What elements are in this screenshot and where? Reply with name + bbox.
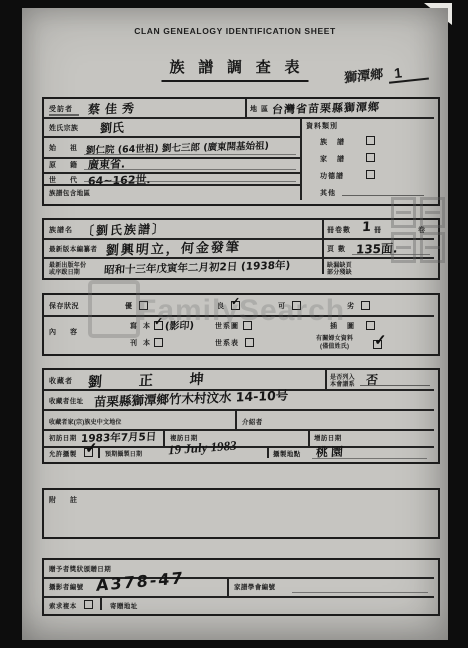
divider	[245, 99, 247, 117]
checkbox-illustrations	[366, 321, 375, 330]
clan-value: 劉氏	[99, 119, 124, 137]
content-label: 內 容	[49, 327, 83, 337]
defect-label-line2: 部分殘缺	[327, 267, 352, 276]
listed-label-line2: 本會譜系	[330, 379, 355, 388]
checkbox-merit-genealogy	[366, 170, 375, 179]
genealogy-name-value: 〔劉氏族譜〕	[81, 220, 166, 239]
writing-rule	[352, 254, 430, 255]
pages-label: 頁 數	[327, 244, 346, 254]
editor-label: 最新版本編纂者	[49, 244, 97, 253]
women-data-label-line2: (僅值姓氏)	[320, 341, 349, 350]
checkbox-lineage-table	[245, 338, 254, 347]
checkbox-excellent	[139, 301, 148, 310]
checkmark: ✓	[374, 331, 387, 349]
owner-role-label: 收藏者家(宗)族史中文地位	[49, 417, 122, 426]
divider	[235, 409, 237, 429]
divider	[44, 157, 300, 159]
condition-poor-label: 劣	[347, 301, 355, 311]
region-label: 地 區	[250, 104, 269, 114]
volume-unit-juan: 卷	[418, 225, 426, 235]
interviewee-value: 蔡佳秀	[87, 99, 139, 117]
additional-visit-label: 增訪日期	[314, 433, 342, 442]
award-date-label: 贈予者獎狀頒贈日期	[49, 564, 111, 573]
checkmark: ✓	[154, 315, 163, 328]
checkbox-copy-request	[84, 600, 93, 609]
handwritten-annotation: 獅潭鄉 1	[343, 59, 428, 87]
editor-value: 劉興明立，何金發筆	[105, 236, 241, 259]
origin-label: 原 籍	[49, 160, 83, 170]
checkbox-family-genealogy	[366, 153, 375, 162]
checkmark: ✓	[85, 439, 98, 457]
photographer-number-label: 攝影者編號	[49, 582, 84, 591]
divider	[44, 596, 434, 598]
divider	[44, 446, 434, 448]
option-merit-genealogy-label: 功德譜	[320, 171, 344, 181]
volume-unit-ce: 冊	[374, 225, 382, 235]
volume-count-label: 冊卷數	[327, 225, 351, 235]
divider	[44, 172, 300, 174]
divider	[300, 117, 302, 200]
writing-rule	[360, 385, 430, 386]
filming-location-label: 攝製地點	[273, 449, 301, 458]
divider	[163, 429, 165, 446]
microtext-smudge	[49, 114, 79, 116]
checkbox-printed	[154, 338, 163, 347]
annotation-page-number: 1	[387, 62, 428, 84]
manuscript-note: (影印)	[165, 317, 195, 333]
other-blank-line	[342, 195, 424, 196]
publish-year-label-line2: 或序跋日期	[49, 267, 80, 276]
table-numbering: 贈予者獎狀頒贈日期 攝影者編號 A378-47 家譜學會編號 索求複本 寄贈地址	[42, 558, 440, 616]
condition-label: 保存狀況	[49, 301, 79, 311]
genealogy-name-label: 族譜名	[49, 225, 73, 235]
writing-rule	[292, 592, 428, 593]
divider	[44, 315, 434, 317]
ancestor-label: 始 祖	[49, 143, 83, 153]
table-volume: 族譜名 〔劉氏族譜〕 冊卷數 1 冊 卷 最新版本編纂者 劉興明立，何金發筆 頁…	[42, 218, 440, 280]
divider	[100, 596, 102, 610]
send-address-label: 寄贈地址	[110, 601, 138, 610]
writing-rule	[84, 181, 296, 182]
checkbox-filming-permission: ✓	[84, 448, 93, 457]
manuscript-label: 寫 本	[130, 321, 152, 331]
checkbox-lineage-chart	[243, 321, 252, 330]
illustrations-label: 插 圖	[330, 321, 358, 331]
checkbox-poor	[361, 301, 370, 310]
printed-label: 刊 本	[130, 338, 152, 348]
clan-label: 姓氏宗族	[49, 123, 78, 133]
condition-fair-label: 可	[278, 301, 286, 311]
coverage-label: 族譜包含地區	[49, 188, 90, 197]
checkbox-women-data: ✓	[373, 340, 382, 349]
checkbox-good: ✓	[231, 301, 240, 310]
writing-rule	[84, 169, 296, 170]
introducer-label: 介紹者	[242, 417, 263, 426]
filming-permission-label: 允許攝製	[49, 449, 77, 458]
writing-rule	[312, 458, 427, 459]
lineage-table-label: 世系表	[215, 338, 239, 348]
divider	[322, 220, 324, 274]
owner-address-label: 收藏者住址	[49, 396, 84, 405]
interviewee-label: 受訪者	[49, 104, 73, 114]
table-condition: 保存狀況 優 良 ✓ 可 劣 內 容 寫 本 ✓ (影印) 世系圖 插 圖 刊 …	[42, 293, 440, 356]
checkbox-clan-genealogy	[366, 136, 375, 145]
divider	[227, 577, 229, 596]
checkbox-manuscript: ✓	[154, 321, 163, 330]
volume-count-value: 1	[362, 220, 372, 235]
scanned-sheet: CLAN GENEALOGY IDENTIFICATION SHEET 族 譜 …	[0, 0, 468, 648]
form-page: CLAN GENEALOGY IDENTIFICATION SHEET 族 譜 …	[22, 8, 448, 640]
planned-filming-date-label: 預期攝製日期	[105, 449, 142, 458]
table-identity: 受訪者 蔡佳秀 地 區 台灣省苗栗縣獅潭鄉 姓氏宗族 劉氏 始 祖 劉仁院 (6…	[42, 97, 440, 206]
table-owner: 收藏者 劉 正 坤 是否列入 本會譜系 否 收藏者住址 苗栗縣獅潭鄉竹木村汶水 …	[42, 368, 440, 464]
owner-label: 收藏者	[49, 376, 73, 386]
divider	[267, 446, 269, 458]
publish-date-value: 昭和十三年戊寅年二月初2日 (1938年)	[104, 258, 291, 278]
notes-label: 附 註	[49, 495, 83, 505]
option-clan-genealogy-label: 族 譜	[320, 137, 348, 147]
form-title: 族 譜 調 查 表	[161, 56, 308, 82]
divider	[308, 429, 310, 446]
lineage-chart-label: 世系圖	[215, 321, 239, 331]
first-visit-label: 初訪日期	[49, 433, 77, 442]
society-number-label: 家譜學會編號	[234, 582, 275, 591]
material-type-label: 資料類別	[306, 121, 338, 131]
table-notes: 附 註	[42, 488, 440, 539]
option-other-label: 其他	[320, 188, 336, 198]
region-value: 台灣省苗栗縣獅潭鄉	[272, 99, 381, 118]
annotation-township: 獅潭鄉	[344, 63, 383, 86]
generations-value: 64~162世.	[88, 171, 152, 189]
generations-label: 世 代	[49, 175, 83, 185]
divider	[98, 446, 100, 458]
option-family-genealogy-label: 家 譜	[320, 154, 348, 164]
copy-request-label: 索求複本	[49, 601, 77, 610]
checkbox-fair	[292, 301, 301, 310]
condition-good-label: 良	[217, 301, 225, 311]
planned-filming-date-value: 19 July 1983	[168, 438, 238, 459]
sheet-title-english: CLAN GENEALOGY IDENTIFICATION SHEET	[22, 26, 448, 36]
checkmark: ✓	[231, 295, 240, 308]
condition-excellent-label: 優	[125, 301, 133, 311]
divider	[325, 370, 327, 389]
